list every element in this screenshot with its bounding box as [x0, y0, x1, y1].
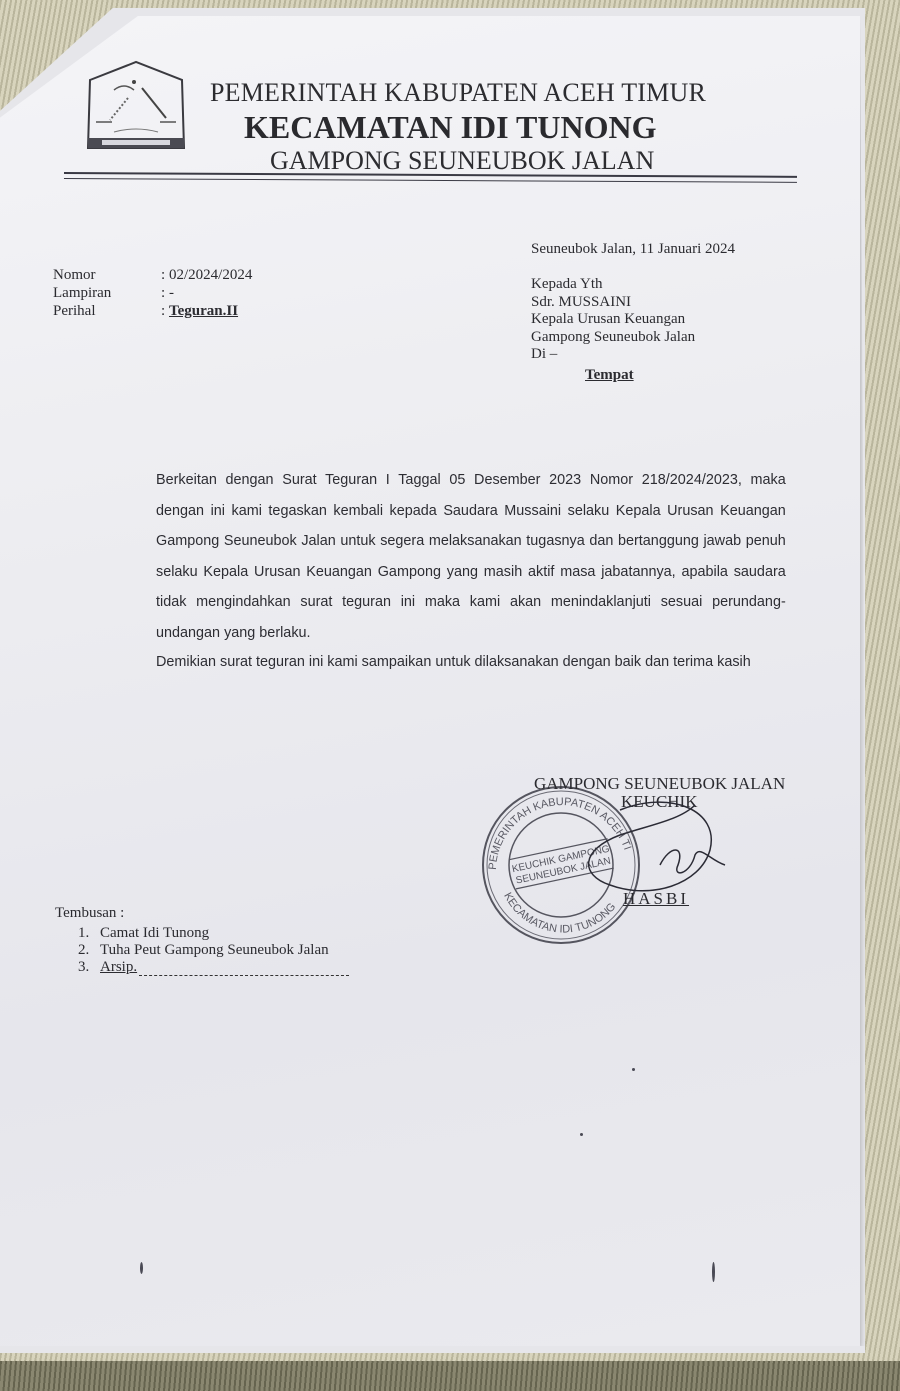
item-text: Arsip. [100, 959, 137, 976]
tembusan-item: 1. Camat Idi Tunong [78, 925, 349, 942]
letterhead-district: KECAMATAN IDI TUNONG [244, 109, 656, 146]
letter-meta: Nomor : 02/2024/2024 Lampiran : - Periha… [53, 266, 252, 320]
perihal-label: Perihal [53, 302, 161, 320]
recipient-place: Tempat [585, 367, 634, 384]
meta-perihal: Perihal : Teguran.II [53, 302, 252, 320]
nomor-label: Nomor [53, 266, 161, 284]
ink-speck [632, 1068, 635, 1071]
letter-body: Berkeitan dengan Surat Teguran I Taggal … [156, 465, 786, 674]
lampiran-label: Lampiran [53, 284, 161, 302]
separator: : [161, 284, 169, 302]
meta-nomor: Nomor : 02/2024/2024 [53, 266, 252, 284]
perihal-value: Teguran.II [169, 302, 238, 320]
tembusan-item: 3. Arsip. [78, 959, 349, 976]
tembusan-label: Tembusan : [55, 905, 124, 922]
recipient-name: Sdr. MUSSAINI [531, 294, 695, 312]
letterhead-village: GAMPONG SEUNEUBOK JALAN [270, 146, 654, 176]
separator: : [161, 266, 169, 284]
body-paragraph-1: Berkeitan dengan Surat Teguran I Taggal … [156, 465, 786, 648]
recipient-position: Kepala Urusan Keuangan [531, 311, 695, 329]
letter-page [0, 16, 860, 1346]
item-text: Tuha Peut Gampong Seuneubok Jalan [100, 942, 329, 959]
recipient-di: Di – [531, 346, 695, 364]
item-number: 1. [78, 925, 100, 942]
body-paragraph-2: Demikian surat teguran ini kami sampaika… [156, 650, 786, 674]
tembusan-list: 1. Camat Idi Tunong 2. Tuha Peut Gampong… [78, 925, 349, 976]
meta-lampiran: Lampiran : - [53, 284, 252, 302]
lampiran-value: - [169, 284, 174, 302]
item-number: 2. [78, 942, 100, 959]
signatory-name: HASBI [623, 889, 689, 909]
tembusan-item: 2. Tuha Peut Gampong Seuneubok Jalan [78, 942, 349, 959]
nomor-value: 02/2024/2024 [169, 266, 252, 284]
recipient-village: Gampong Seuneubok Jalan [531, 329, 695, 347]
regency-emblem-icon [84, 60, 188, 152]
recipient-salutation: Kepada Yth [531, 276, 695, 294]
item-text: Camat Idi Tunong [100, 925, 209, 942]
separator: : [161, 302, 169, 320]
item-number: 3. [78, 959, 100, 976]
table-mat [0, 1361, 900, 1391]
dateline: Seuneubok Jalan, 11 Januari 2024 [531, 241, 735, 258]
dashed-line [139, 959, 349, 976]
ink-speck [580, 1133, 583, 1136]
ink-speck [712, 1262, 715, 1282]
letterhead-regency: PEMERINTAH KABUPATEN ACEH TIMUR [210, 78, 706, 108]
ink-speck [140, 1262, 143, 1274]
recipient-block: Kepada Yth Sdr. MUSSAINI Kepala Urusan K… [531, 276, 695, 364]
